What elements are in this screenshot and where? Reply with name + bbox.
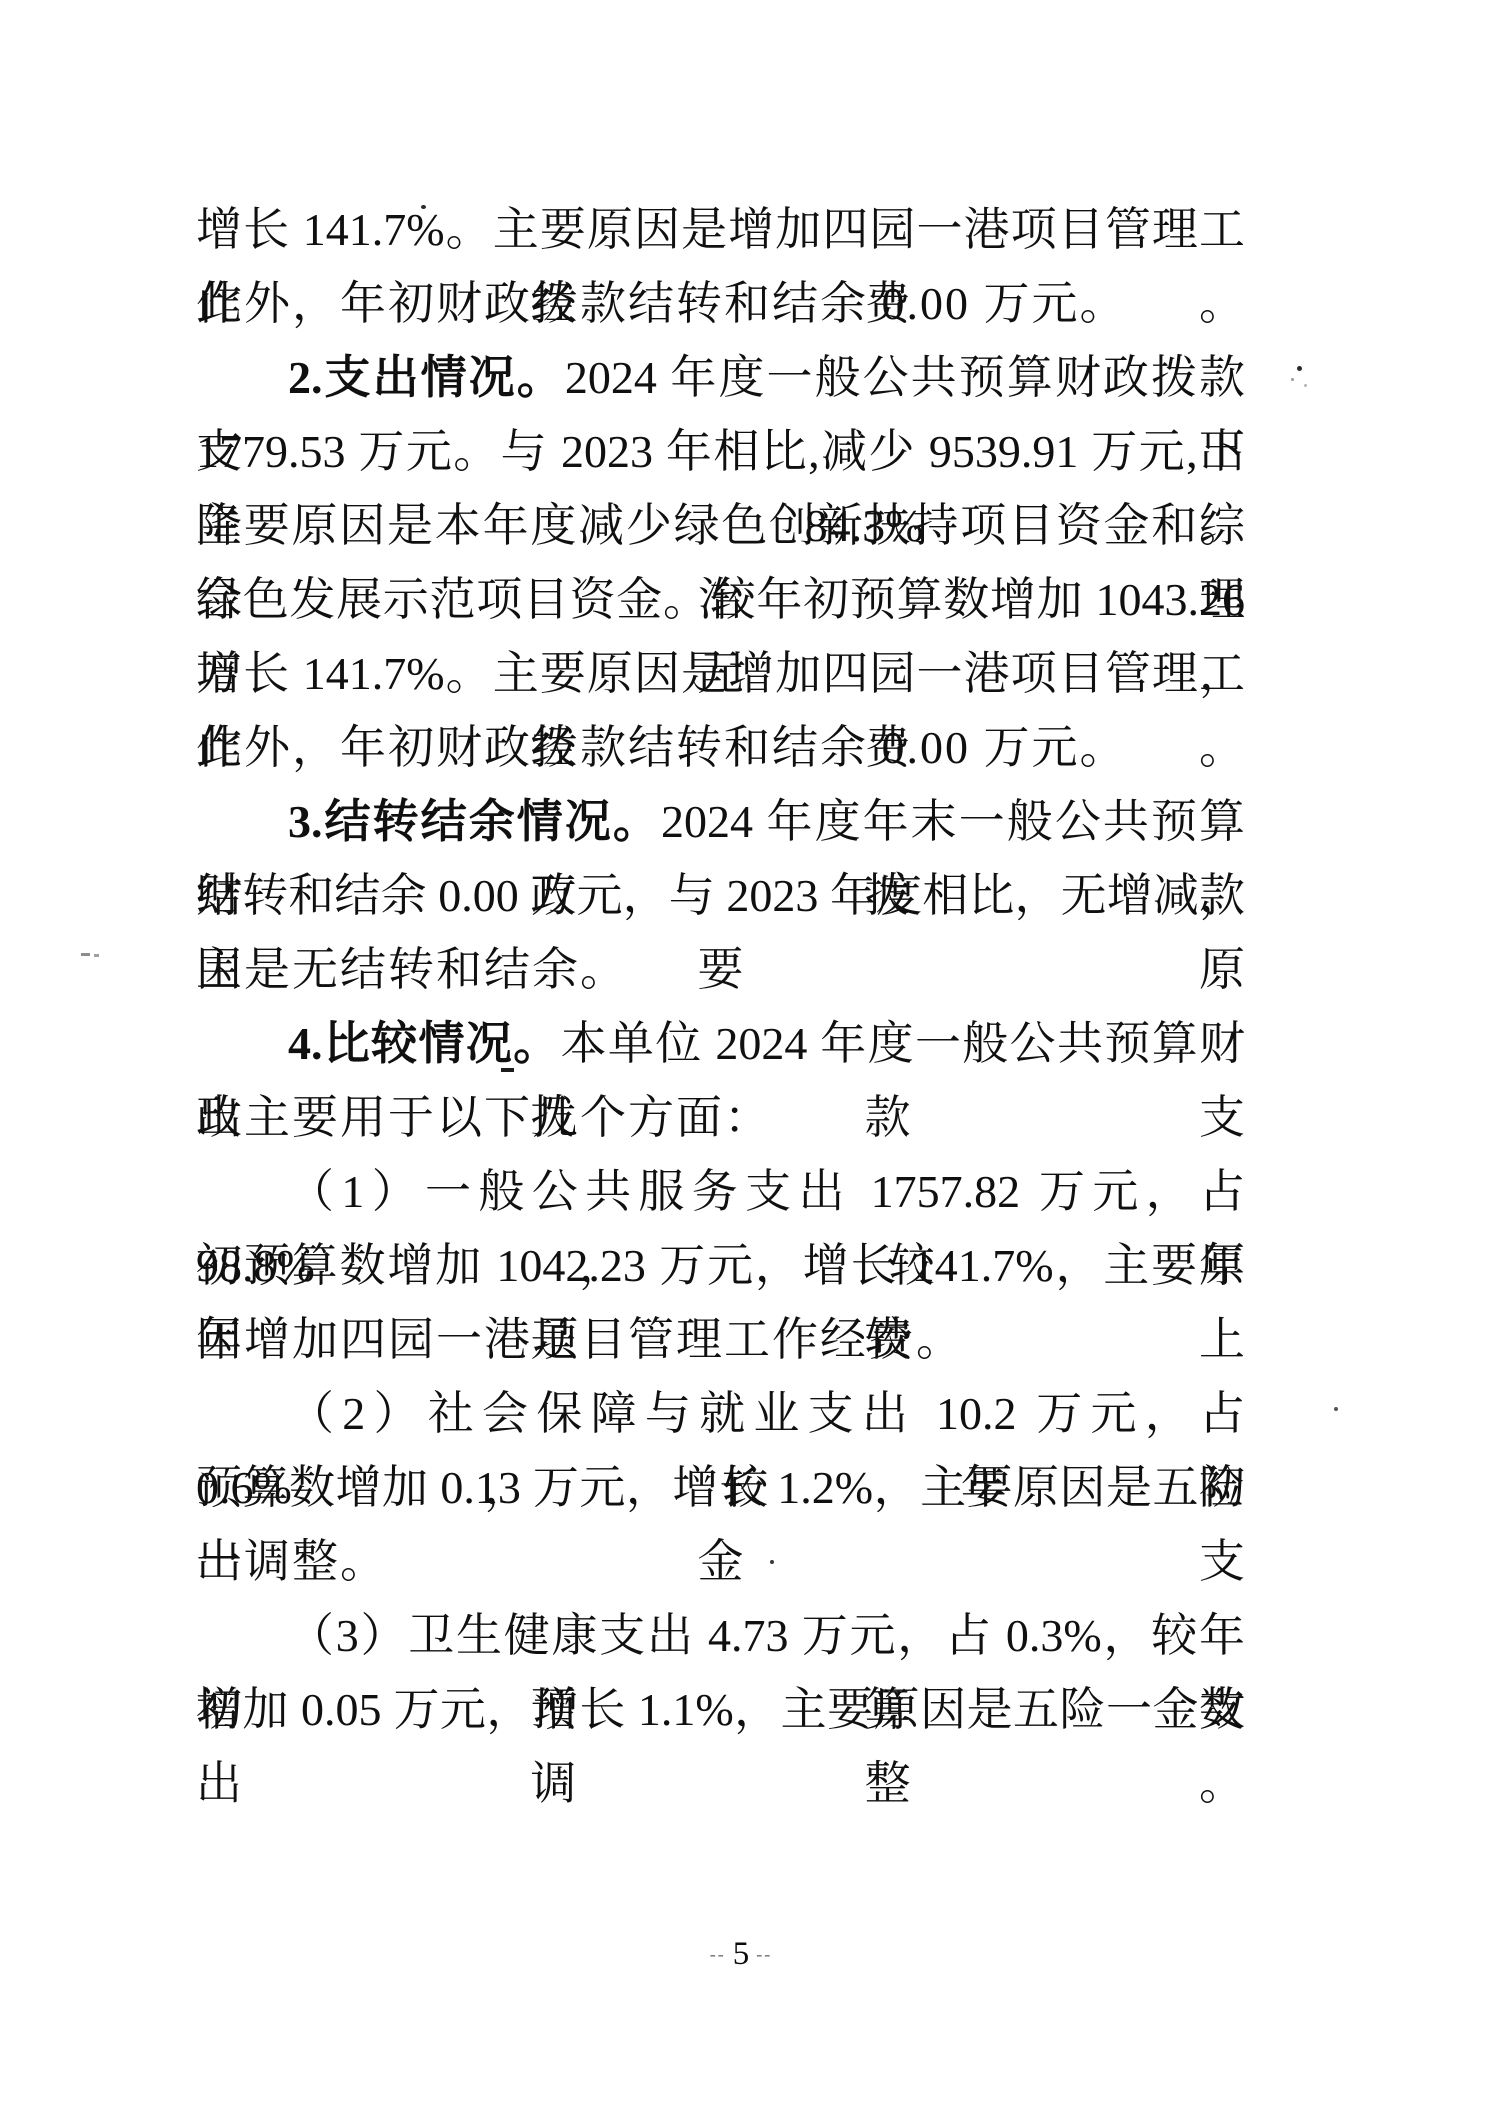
text-line-content: 年增加四园一港项目管理工作经费。	[196, 1314, 964, 1365]
page-number-value: 5	[733, 1938, 750, 1971]
text-line: 3.结转结余情况。2024 年度年末一般公共预算财政拨款	[196, 785, 1245, 859]
scan-artifact-dot	[770, 1560, 774, 1564]
text-line: 此外，年初财政拨款结转和结余 0.00 万元。	[196, 267, 1245, 341]
scan-artifact-dot	[1291, 378, 1294, 381]
document-body: 增长 141.7%。主要原因是增加四园一港项目管理工作经费。 此外，年初财政拨款…	[196, 193, 1245, 1747]
text-line: 结转和结余 0.00 万元，与 2023 年度相比，无增减，主要原	[196, 859, 1245, 933]
text-line: （1）一般公共服务支出 1757.82 万元，占 98.8%，较年	[196, 1155, 1245, 1229]
paragraph-lead: 2.支出情况。	[288, 352, 565, 403]
text-line: 主要原因是本年度减少绿色创新扶持项目资金和综合治理	[196, 489, 1245, 563]
scan-artifact-dot	[1304, 384, 1307, 387]
text-line: 增长 141.7%。主要原因是增加四园一港项目管理工作经费。	[196, 193, 1245, 267]
text-line: 4.比较情况。本单位 2024 年度一般公共预算财政拨款支	[196, 1007, 1245, 1081]
scan-artifact-dot	[421, 205, 426, 209]
scan-artifact-dot	[1297, 366, 1302, 371]
text-line-content: 出主要用于以下几个方面：	[196, 1092, 772, 1143]
text-line: 2.支出情况。2024 年度一般公共预算财政拨款支出	[196, 341, 1245, 415]
text-line: 此外，年初财政拨款结转和结余 0.00 万元。	[196, 711, 1245, 785]
text-line-content: 此外，年初财政拨款结转和结余 0.00 万元。	[196, 278, 1128, 329]
text-line: （2）社会保障与就业支出 10.2 万元，占 0.6%，较年初	[196, 1377, 1245, 1451]
text-line: 预算数增加 0.13 万元，增长 1.2%，主要原因是五险一金支	[196, 1451, 1245, 1525]
text-line-content: 出调整。	[196, 1536, 388, 1587]
scanned-document-page: 增长 141.7%。主要原因是增加四园一港项目管理工作经费。 此外，年初财政拨款…	[0, 0, 1490, 2104]
text-line: 初预算数增加 1042.23 万元，增长 141.7%，主要原因是较上	[196, 1229, 1245, 1303]
paragraph-lead: 4.比较情况。	[288, 1018, 561, 1069]
scan-artifact-dot	[1334, 1407, 1338, 1411]
paragraph-lead: 3.结转结余情况。	[288, 796, 661, 847]
scan-artifact-dash	[501, 1068, 514, 1072]
text-line-content: 此外，年初财政拨款结转和结余 0.00 万元。	[196, 722, 1128, 773]
text-line-content: 因是无结转和结余。	[196, 944, 628, 995]
text-line-content: 增加 0.05 万元，增长 1.1%，主要原因是五险一金支出调整。	[196, 1684, 1245, 1809]
text-line: 绿色发展示范项目资金。较年初预算数增加 1043.26 万元，	[196, 563, 1245, 637]
text-line: （3）卫生健康支出 4.73 万元，占 0.3%，较年初预算数	[196, 1599, 1245, 1673]
text-line: 增长 141.7%。主要原因是增加四园一港项目管理工作经费。	[196, 637, 1245, 711]
text-line: 1779.53 万元。与 2023 年相比,减少 9539.91 万元,下降 8…	[196, 415, 1245, 489]
text-line: 增加 0.05 万元，增长 1.1%，主要原因是五险一金支出调整。	[196, 1673, 1245, 1747]
scan-artifact-dash	[81, 953, 90, 956]
page-number: -- 5 --	[696, 1938, 786, 1971]
page-number-dash-left: --	[710, 1944, 726, 1965]
scan-artifact-dash	[94, 954, 99, 957]
page-number-dash-right: --	[756, 1944, 772, 1965]
